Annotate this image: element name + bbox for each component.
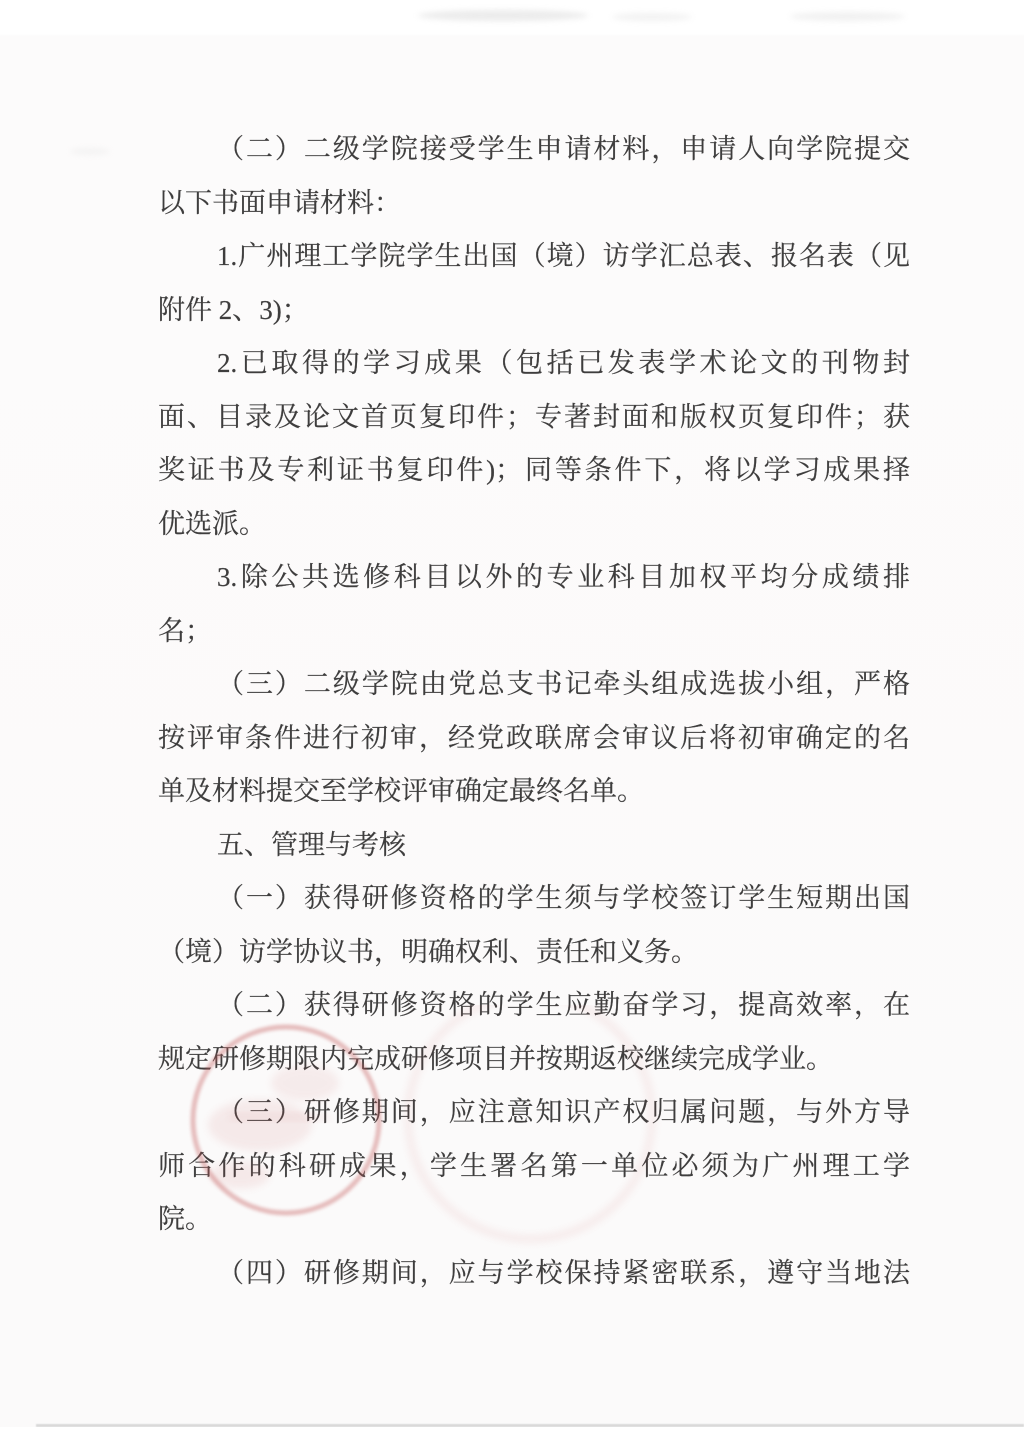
- text-line: 单及材料提交至学校评审确定最终名单。: [158, 765, 910, 819]
- scan-smudge: [418, 10, 588, 21]
- document-page: （二）二级学院接受学生申请材料，申请人向学院提交以下书面申请材料：1.广州理工学…: [0, 0, 1024, 1445]
- text-line: （二）获得研修资格的学生应勤奋学习，提高效率，在: [158, 979, 910, 1033]
- text-line: 面、目录及论文首页复印件；专著封面和版权页复印件；获: [158, 391, 910, 445]
- text-line: 师合作的科研成果，学生署名第一单位必须为广州理工学: [158, 1140, 910, 1194]
- text-line: 名；: [158, 605, 910, 659]
- text-line: 按评审条件进行初审，经党政联席会审议后将初审确定的名: [158, 712, 910, 766]
- text-lines: （二）二级学院接受学生申请材料，申请人向学院提交以下书面申请材料：1.广州理工学…: [158, 123, 910, 1300]
- text-line: 2.已取得的学习成果（包括已发表学术论文的刊物封: [158, 337, 910, 391]
- text-line: 3.除公共选修科目以外的专业科目加权平均分成绩排: [158, 551, 910, 605]
- text-line: 院。: [158, 1193, 910, 1247]
- text-line: 规定研修期限内完成研修项目并按期返校继续完成学业。: [158, 1033, 910, 1087]
- text-line: （一）获得研修资格的学生须与学校签订学生短期出国: [158, 872, 910, 926]
- text-line: 以下书面申请材料：: [158, 177, 910, 231]
- text-line: （三）二级学院由党总支书记牵头组成选拔小组，严格: [158, 658, 910, 712]
- text-line: （境）访学协议书，明确权利、责任和义务。: [158, 926, 910, 980]
- text-line: （四）研修期间，应与学校保持紧密联系，遵守当地法: [158, 1247, 910, 1301]
- scan-smudge: [612, 13, 692, 21]
- scan-margin-bottom: [0, 1427, 1024, 1445]
- text-line: 附件 2、3)；: [158, 284, 910, 338]
- scan-smudge: [790, 12, 905, 21]
- text-line: 1.广州理工学院学生出国（境）访学汇总表、报名表（见: [158, 230, 910, 284]
- text-line: （三）研修期间，应注意知识产权归属问题，与外方导: [158, 1086, 910, 1140]
- scanned-page: { "document": { "kind": "scanned officia…: [0, 0, 1024, 1445]
- text-line: 优选派。: [158, 498, 910, 552]
- text-line: 五、管理与考核: [158, 819, 910, 873]
- scan-smudge: [70, 148, 110, 155]
- text-line: 奖证书及专利证书复印件)；同等条件下，将以学习成果择: [158, 444, 910, 498]
- text-line: （二）二级学院接受学生申请材料，申请人向学院提交: [158, 123, 910, 177]
